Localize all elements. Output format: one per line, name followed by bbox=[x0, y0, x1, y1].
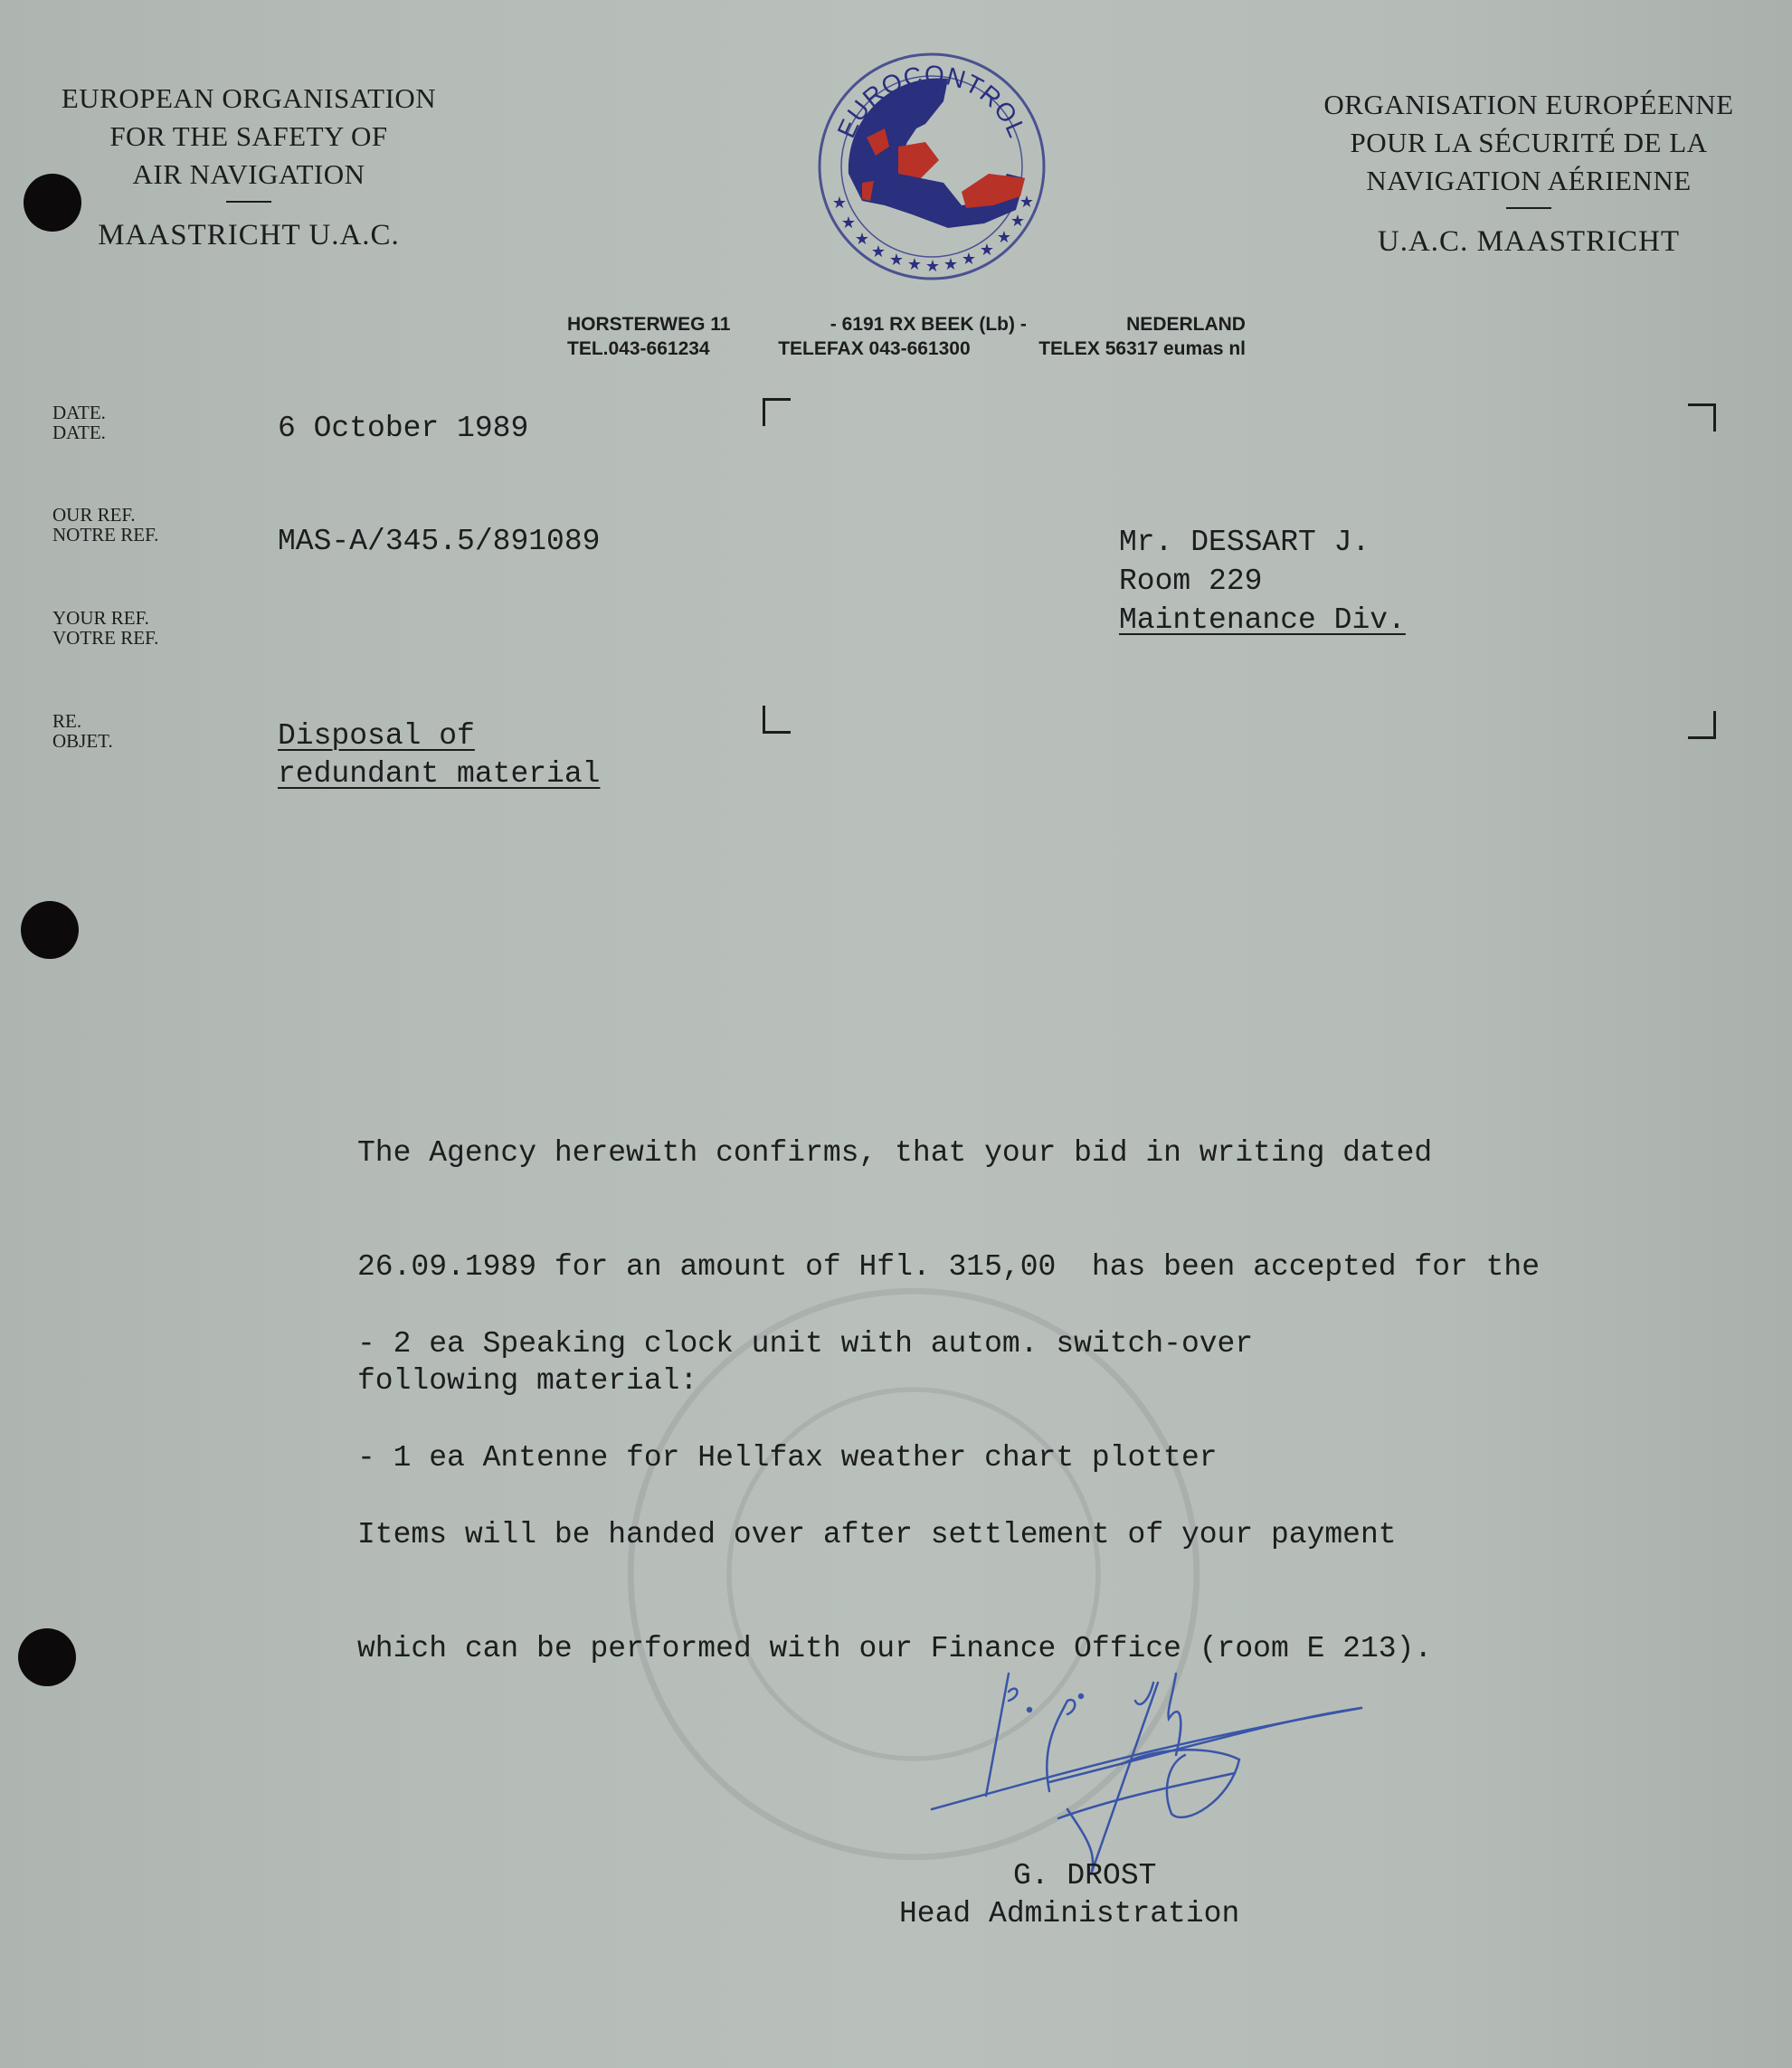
window-corner-mark bbox=[763, 706, 791, 734]
window-corner-mark bbox=[1688, 403, 1716, 432]
svg-text:★: ★ bbox=[1010, 212, 1025, 231]
svg-text:★: ★ bbox=[871, 242, 886, 261]
date-label: DATE. DATE. bbox=[52, 403, 106, 442]
divider bbox=[1506, 207, 1551, 209]
org-name-line: EUROPEAN ORGANISATION bbox=[36, 80, 461, 118]
body-line: The Agency herewith confirms, that your … bbox=[357, 1134, 1540, 1172]
label-fr: NOTRE REF. bbox=[52, 525, 158, 545]
org-name-line: FOR THE SAFETY OF bbox=[36, 118, 461, 156]
subject-value: Disposal of redundant material bbox=[278, 717, 600, 793]
label-en: OUR REF. bbox=[52, 505, 158, 525]
street: HORSTERWEG 11 bbox=[567, 312, 731, 337]
svg-text:★: ★ bbox=[855, 230, 869, 249]
punch-hole bbox=[21, 901, 79, 959]
label-en: RE. bbox=[52, 711, 113, 731]
svg-text:★: ★ bbox=[832, 194, 847, 213]
recipient-room: Room 229 bbox=[1119, 562, 1406, 601]
svg-text:★: ★ bbox=[962, 250, 976, 269]
label-en: YOUR REF. bbox=[52, 608, 158, 628]
label-fr: OBJET. bbox=[52, 731, 113, 751]
signatory-name: G. DROST bbox=[1013, 1859, 1156, 1893]
list-item: - 2 ea Speaking clock unit with autom. s… bbox=[357, 1325, 1253, 1363]
subject-line: redundant material bbox=[278, 755, 600, 793]
svg-text:★: ★ bbox=[1019, 193, 1034, 212]
svg-text:★: ★ bbox=[943, 255, 958, 274]
punch-hole bbox=[18, 1628, 76, 1686]
svg-text:★: ★ bbox=[907, 255, 922, 274]
window-corner-mark bbox=[763, 398, 791, 426]
our-ref-value: MAS-A/345.5/891089 bbox=[278, 525, 600, 558]
label-fr: DATE. bbox=[52, 422, 106, 442]
svg-text:★: ★ bbox=[980, 241, 994, 260]
svg-text:★: ★ bbox=[925, 257, 940, 276]
our-ref-label: OUR REF. NOTRE REF. bbox=[52, 505, 158, 545]
svg-text:★: ★ bbox=[841, 213, 856, 232]
recipient-name: Mr. DESSART J. bbox=[1119, 523, 1406, 562]
recipient-division: Maintenance Div. bbox=[1119, 601, 1406, 640]
date-value: 6 October 1989 bbox=[278, 412, 528, 445]
label-en: DATE. bbox=[52, 403, 106, 422]
telephone: TEL.043-661234 bbox=[567, 337, 710, 361]
handwritten-signature-icon bbox=[923, 1646, 1375, 1873]
unit-name: U.A.C. MAASTRICHT bbox=[1294, 222, 1764, 261]
svg-text:★: ★ bbox=[889, 251, 904, 270]
org-name-line: POUR LA SÉCURITÉ DE LA bbox=[1294, 124, 1764, 162]
divider bbox=[226, 201, 271, 203]
telefax: TELEFAX 043-661300 bbox=[778, 337, 970, 361]
letterhead-french: ORGANISATION EUROPÉENNE POUR LA SÉCURITÉ… bbox=[1294, 86, 1764, 261]
eurocontrol-logo-icon: EUROCONTROL ★★★ ★★★ ★★★ ★★★ ★ bbox=[812, 47, 1051, 286]
signatory-title: Head Administration bbox=[899, 1897, 1239, 1930]
org-name-line: ORGANISATION EUROPÉENNE bbox=[1294, 86, 1764, 124]
window-corner-mark bbox=[1688, 711, 1716, 739]
organisation-address: HORSTERWEG 11 - 6191 RX BEEK (Lb) - NEDE… bbox=[567, 312, 1246, 361]
letterhead-english: EUROPEAN ORGANISATION FOR THE SAFETY OF … bbox=[36, 80, 461, 255]
org-name-line: AIR NAVIGATION bbox=[36, 156, 461, 194]
your-ref-label: YOUR REF. VOTRE REF. bbox=[52, 608, 158, 648]
svg-text:★: ★ bbox=[997, 228, 1011, 247]
country: NEDERLAND bbox=[1126, 312, 1246, 337]
body-line: Items will be handed over after settleme… bbox=[357, 1516, 1432, 1554]
subject-line: Disposal of bbox=[278, 717, 600, 755]
city: - 6191 RX BEEK (Lb) - bbox=[830, 312, 1027, 337]
unit-name: MAASTRICHT U.A.C. bbox=[36, 215, 461, 255]
org-name-line: NAVIGATION AÉRIENNE bbox=[1294, 162, 1764, 200]
recipient-address: Mr. DESSART J. Room 229 Maintenance Div. bbox=[1119, 523, 1406, 640]
subject-label: RE. OBJET. bbox=[52, 711, 113, 751]
telex: TELEX 56317 eumas nl bbox=[1038, 337, 1246, 361]
label-fr: VOTRE REF. bbox=[52, 628, 158, 648]
